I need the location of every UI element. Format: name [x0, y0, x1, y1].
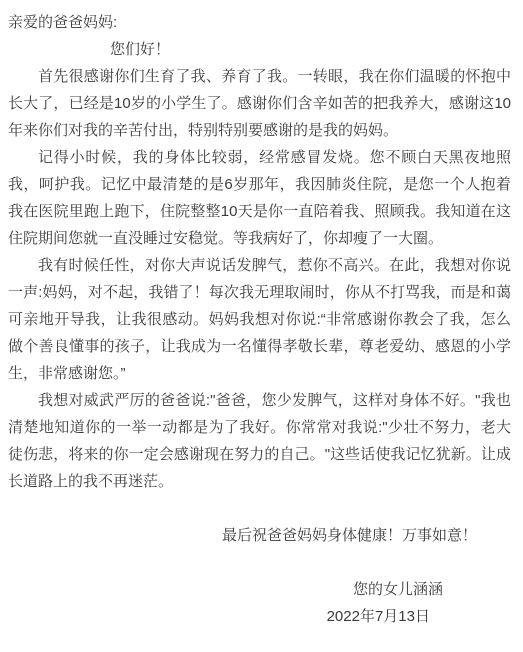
letter-greeting: 您们好！	[8, 36, 511, 63]
letter-closing-wish: 最后祝爸爸妈妈身体健康！万事如意！	[8, 522, 511, 549]
letter-date: 2022年7月13日	[8, 603, 511, 630]
letter-paragraph-4: 我想对威武严厉的爸爸说:"爸爸，您少发脾气，这样对身体不好。"我也清楚地知道你的…	[8, 387, 511, 495]
letter-document: 亲爱的爸爸妈妈: 您们好！ 首先很感谢你们生育了我、养育了我。一转眼，我在你们温…	[0, 0, 523, 652]
letter-salutation: 亲爱的爸爸妈妈:	[8, 9, 511, 36]
letter-paragraph-2: 记得小时候，我的身体比较弱，经常感冒发烧。您不顾白天黑夜地照我，呵护我。记忆中最…	[8, 144, 511, 252]
letter-signature: 您的女儿涵涵	[8, 576, 511, 603]
letter-paragraph-1: 首先很感谢你们生育了我、养育了我。一转眼，我在你们温暖的怀抱中长大了，已经是10…	[8, 63, 511, 144]
letter-paragraph-3: 我有时候任性，对你大声说话发脾气，惹你不高兴。在此，我想对你说一声:妈妈，对不起…	[8, 252, 511, 387]
